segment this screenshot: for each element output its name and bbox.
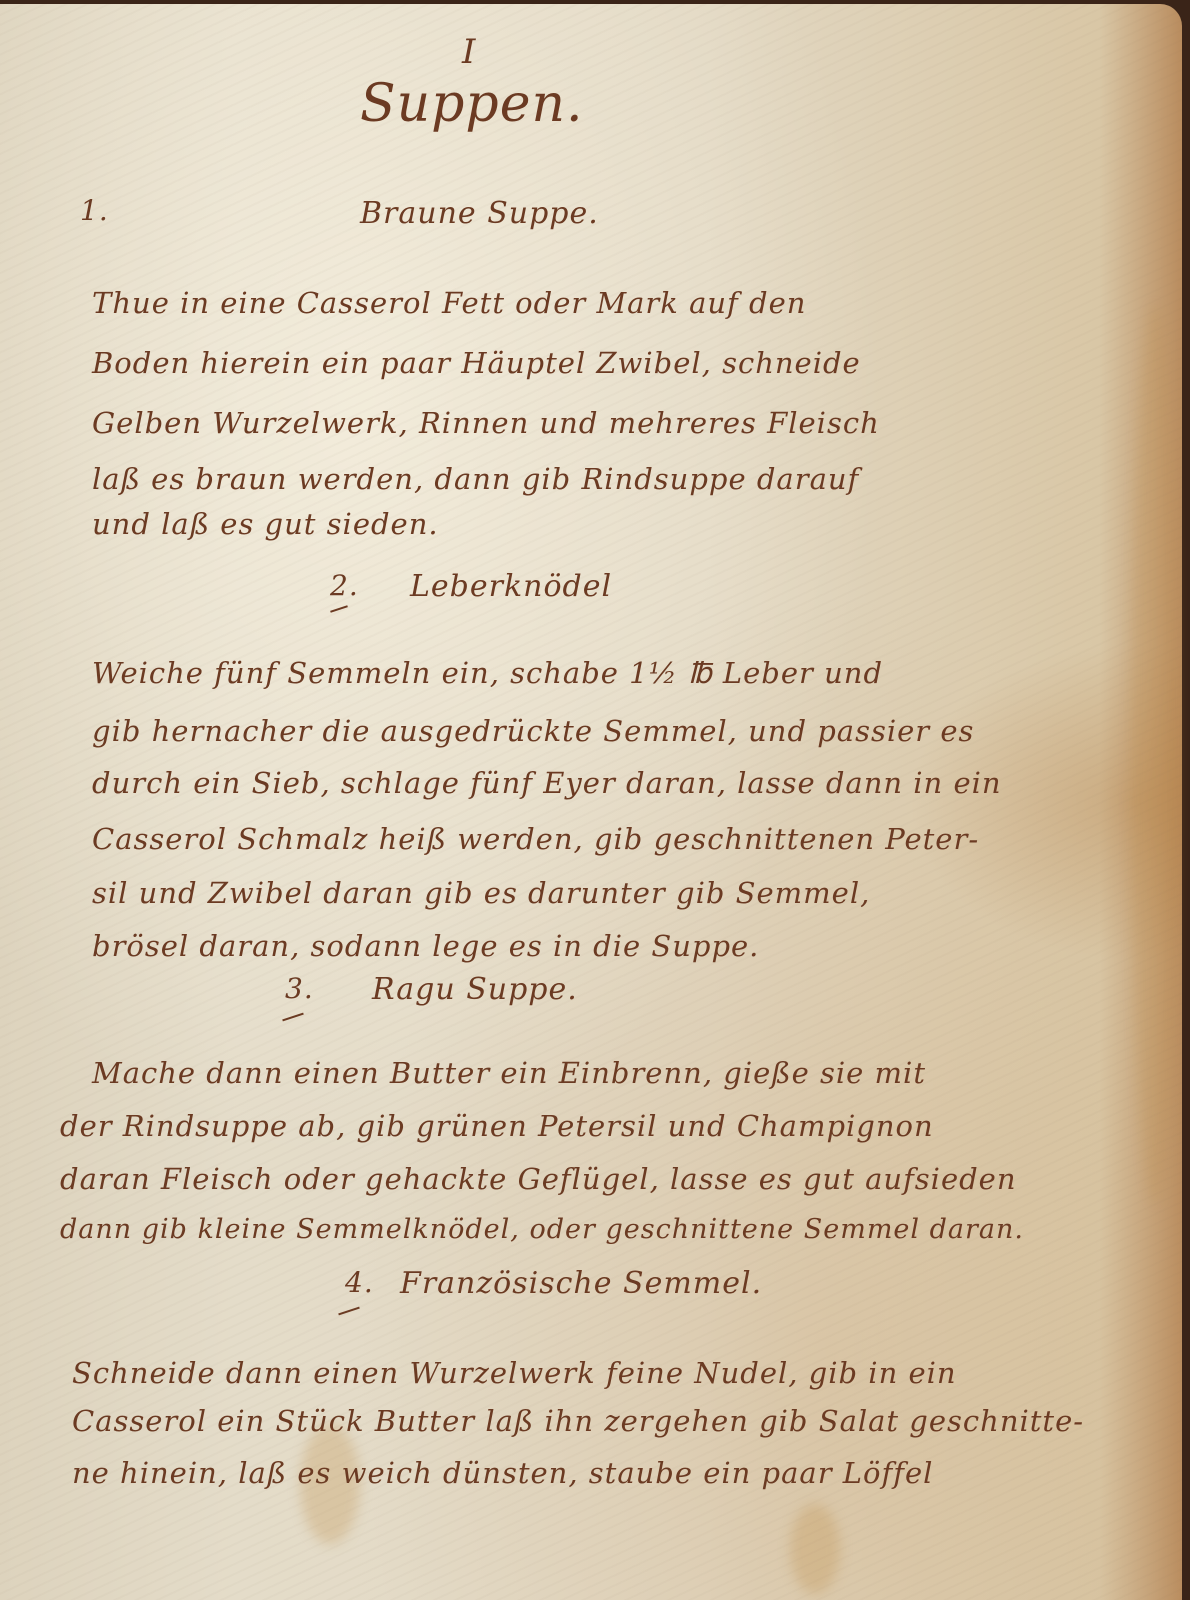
recipe-text-line: dann gib kleine Semmelknödel, oder gesch… (60, 1214, 1024, 1245)
recipe-text-line: Casserol ein Stück Butter laß ihn zergeh… (72, 1404, 1084, 1438)
recipe-number: 2. (330, 569, 359, 602)
recipe-text-line: laß es braun werden, dann gib Rindsuppe … (92, 462, 859, 496)
recipe-text-line: gib hernacher die ausgedrückte Semmel, u… (92, 714, 974, 748)
chapter-title: Suppen. (360, 74, 583, 134)
recipe-text-line: Weiche fünf Semmeln ein, schabe 1½ ℔ Leb… (92, 656, 883, 690)
recipe-text-line: Casserol Schmalz heiß werden, gib geschn… (92, 822, 979, 856)
number-underline (282, 1013, 304, 1022)
recipe-text-line: sil und Zwibel daran gib es darunter gib… (92, 876, 870, 910)
recipe-text-line: ne hinein, laß es weich dünsten, staube … (72, 1456, 933, 1490)
recipe-text-line: Mache dann einen Butter ein Einbrenn, gi… (92, 1056, 926, 1090)
recipe-text-line: daran Fleisch oder gehackte Geflügel, la… (60, 1162, 1017, 1196)
recipe-text-line: Gelben Wurzelwerk, Rinnen und mehreres F… (92, 406, 880, 440)
manuscript-page: I Suppen. 1. Braune Suppe. Thue in eine … (0, 4, 1182, 1600)
water-stain (790, 1504, 840, 1594)
recipe-text-line: Thue in eine Casserol Fett oder Mark auf… (92, 286, 806, 320)
recipe-title: Französische Semmel. (400, 1266, 762, 1301)
recipe-text-line: Schneide dann einen Wurzelwerk feine Nud… (72, 1356, 957, 1390)
recipe-text-line: und laß es gut sieden. (92, 507, 439, 541)
recipe-number: 3. (285, 972, 314, 1005)
recipe-number: 4. (345, 1266, 374, 1299)
recipe-text-line: brösel daran, sodann lege es in die Supp… (92, 929, 759, 963)
chapter-number: I (462, 32, 476, 72)
recipe-text-line: Boden hierein ein paar Häuptel Zwibel, s… (92, 346, 861, 380)
recipe-title: Ragu Suppe. (372, 972, 578, 1007)
recipe-text-line: der Rindsuppe ab, gib grünen Petersil un… (60, 1109, 934, 1143)
recipe-title: Braune Suppe. (360, 196, 599, 231)
number-underline (330, 605, 348, 612)
recipe-text-line: durch ein Sieb, schlage fünf Eyer daran,… (92, 766, 1002, 800)
recipe-number: 1. (80, 194, 109, 227)
number-underline (338, 1307, 360, 1316)
edge-discoloration (1130, 304, 1180, 1204)
recipe-title: Leberknödel (410, 569, 612, 604)
